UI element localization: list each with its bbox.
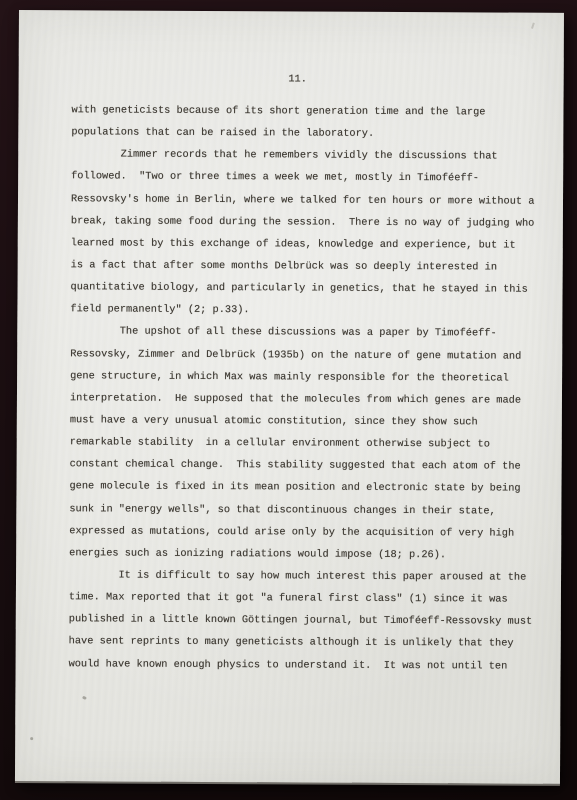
- text-line: would have known enough physics to under…: [69, 653, 539, 678]
- page-number: 11.: [72, 67, 524, 92]
- paper-scratch: [531, 23, 535, 29]
- text-line: constant chemical change. This stability…: [70, 454, 540, 479]
- document-page: 11. with geneticists because of its shor…: [15, 10, 564, 784]
- text-line: with geneticists because of its short ge…: [71, 99, 541, 124]
- text-line: expressed as mutations, could arise only…: [69, 520, 539, 545]
- body-text: with geneticists because of its short ge…: [69, 99, 542, 677]
- paper-speck: [30, 737, 33, 740]
- text-line: gene structure, in which Max was mainly …: [70, 365, 540, 390]
- text-line: It is difficult to say how much interest…: [69, 564, 539, 589]
- text-line: field permanently" (2; p.33).: [70, 299, 540, 324]
- text-line: must have a very unusual atomic constitu…: [70, 409, 540, 434]
- text-line: remarkable stability in a cellular envir…: [70, 431, 540, 456]
- text-line: break, taking some food during the sessi…: [71, 210, 541, 235]
- text-line: populations that can be raised in the la…: [71, 121, 541, 146]
- text-line: Zimmer records that he remembers vividly…: [71, 144, 541, 169]
- text-line: Ressovsky's home in Berlin, where we tal…: [71, 188, 541, 213]
- paper-smudge: [82, 696, 87, 701]
- text-line: is a fact that after some months Delbrüc…: [71, 254, 541, 279]
- text-line: quantitative biology, and particularly i…: [70, 276, 540, 301]
- text-line: gene molecule is fixed in its mean posit…: [69, 476, 539, 501]
- text-line: have sent reprints to many geneticists a…: [69, 631, 539, 656]
- text-line: Ressovsky, Zimmer and Delbrück (1935b) o…: [70, 343, 540, 368]
- text-line: published in a little known Göttingen jo…: [69, 609, 539, 634]
- text-line: interpretation. He supposed that the mol…: [70, 387, 540, 412]
- text-line: time. Max reported that it got "a funera…: [69, 586, 539, 611]
- text-line: followed. "Two or three times a week we …: [71, 166, 541, 191]
- text-line: The upshot of all these discussions was …: [70, 321, 540, 346]
- text-line: sunk in "energy wells", so that disconti…: [69, 498, 539, 523]
- text-line: learned most by this exchange of ideas, …: [71, 232, 541, 257]
- text-line: energies such as ionizing radiations wou…: [69, 542, 539, 567]
